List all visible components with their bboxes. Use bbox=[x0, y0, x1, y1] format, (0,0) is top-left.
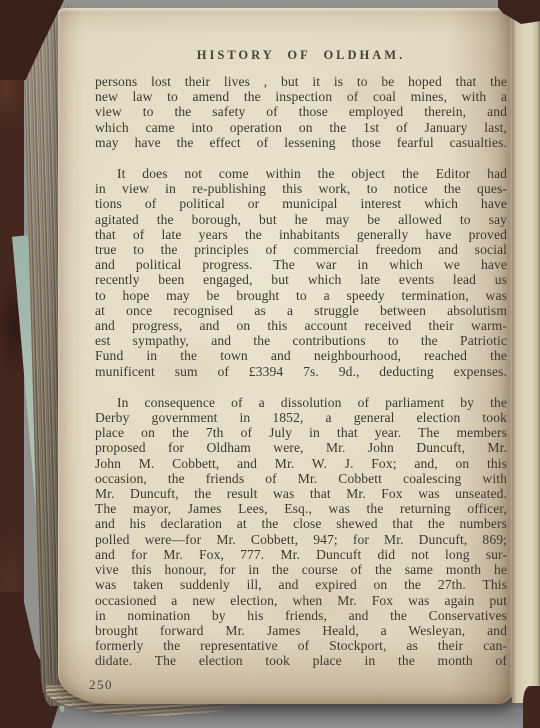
text-line: was taken suddenly ill, and expired on t… bbox=[95, 577, 507, 592]
text-line: which came into operation on the 1st of … bbox=[95, 120, 507, 135]
text-line: and for Mr. Fox, 777. Mr. Duncuft did no… bbox=[95, 547, 507, 562]
page-number: 250 bbox=[89, 677, 113, 693]
text-line: It does not come within the object the E… bbox=[95, 166, 507, 181]
text-line: vive this honour, for in the course of t… bbox=[95, 562, 507, 577]
book-cover-bottom-right bbox=[523, 686, 540, 728]
text-line: view to the safety of those employed the… bbox=[95, 104, 507, 119]
text-line: munificent sum of £3394 7s. 9d., deducti… bbox=[95, 364, 507, 379]
text-line: in view in re-publishing this work, to n… bbox=[95, 181, 507, 196]
text-line: occasioned a new election, when Mr. Fox … bbox=[95, 593, 507, 608]
text-line: The mayor, James Lees, Esq., was the ret… bbox=[95, 501, 507, 516]
book-page: HISTORY OF OLDHAM. persons lost their li… bbox=[58, 8, 512, 704]
text-line: at once recognised as a struggle between… bbox=[95, 303, 507, 318]
text-line: proposed for Oldham were, Mr. John Duncu… bbox=[95, 440, 507, 455]
text-line: Mr. Duncuft, the result was that Mr. Fox… bbox=[95, 486, 507, 501]
paragraph: It does not come within the object the E… bbox=[95, 166, 507, 379]
running-header: HISTORY OF OLDHAM. bbox=[95, 48, 507, 63]
text-line: brought forward Mr. James Heald, a Wesle… bbox=[95, 623, 507, 638]
text-line: that of late years the inhabitants gener… bbox=[95, 227, 507, 242]
text-line: Fund in the town and neighbourhood, reac… bbox=[95, 348, 507, 363]
scanned-book-photo: HISTORY OF OLDHAM. persons lost their li… bbox=[0, 0, 540, 728]
text-line: John M. Cobbett, and Mr. W. J. Fox; and,… bbox=[95, 456, 507, 471]
text-line: agitated the borough, but he may be allo… bbox=[95, 212, 507, 227]
text-line: place on the 7th of July in that year. T… bbox=[95, 425, 507, 440]
text-line: and progress, and on this account receiv… bbox=[95, 318, 507, 333]
text-line: didate. The election took place in the m… bbox=[95, 653, 507, 668]
text-line: occasion, the friends of Mr. Cobbett coa… bbox=[95, 471, 507, 486]
text-line: est sympathy, and the contributions to t… bbox=[95, 333, 507, 348]
text-line: new law to amend the inspection of coal … bbox=[95, 89, 507, 104]
text-line: true to the principles of commercial fre… bbox=[95, 242, 507, 257]
facing-page-gutter bbox=[512, 5, 540, 703]
page-text: persons lost their lives , but it is to … bbox=[95, 74, 507, 669]
text-line: Derby government in 1852, a general elec… bbox=[95, 410, 507, 425]
text-line: may have the effect of lessening those f… bbox=[95, 135, 507, 150]
text-line: recently been engaged, but which late ev… bbox=[95, 272, 507, 287]
text-line: persons lost their lives , but it is to … bbox=[95, 74, 507, 89]
text-line: in nomination by his friends, and the Co… bbox=[95, 608, 507, 623]
text-line: polled were—for Mr. Cobbett, 947; for Mr… bbox=[95, 532, 507, 547]
paragraph: persons lost their lives , but it is to … bbox=[95, 74, 507, 150]
text-line: tions of political or municipal interest… bbox=[95, 196, 507, 211]
text-line: and political progress. The war in which… bbox=[95, 257, 507, 272]
text-line: to hope may be brought to a speedy termi… bbox=[95, 288, 507, 303]
text-line: In consequence of a dissolution of parli… bbox=[95, 395, 507, 410]
text-line: and his declaration at the close shewed … bbox=[95, 516, 507, 531]
paragraph: In consequence of a dissolution of parli… bbox=[95, 395, 507, 669]
text-line: formerly the representative of Stockport… bbox=[95, 638, 507, 653]
